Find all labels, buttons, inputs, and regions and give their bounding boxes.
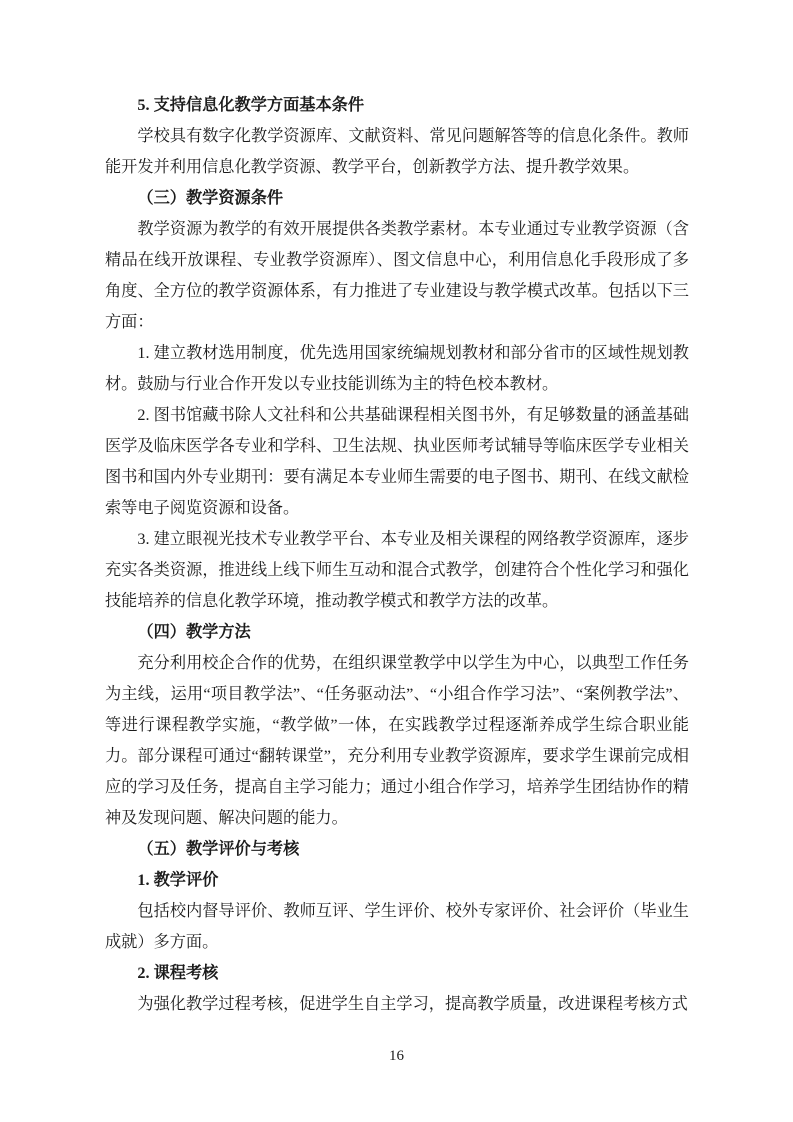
document-page: 5. 支持信息化教学方面基本条件 学校具有数字化教学资源库、文献资料、常见问题解… (0, 0, 793, 1122)
heading-5-info-teaching-conditions: 5. 支持信息化教学方面基本条件 (105, 90, 689, 121)
para-teaching-methods: 充分利用校企合作的优势，在组织课堂教学中以学生为中心，以典型工作任务为主线，运用… (105, 648, 689, 834)
para-teaching-resources-overview: 教学资源为教学的有效开展提供各类教学素材。本专业通过专业教学资源（含精品在线开放… (105, 214, 689, 338)
para-item-1-textbook-selection: 1. 建立教材选用制度，优先选用国家统编规划教材和部分省市的区域性规划教材。鼓励… (105, 338, 689, 400)
para-info-conditions: 学校具有数字化教学资源库、文献资料、常见问题解答等的信息化条件。教师能开发并利用… (105, 121, 689, 183)
para-teaching-evaluation: 包括校内督导评价、教师互评、学生评价、校外专家评价、社会评价（毕业生成就）多方面… (105, 896, 689, 958)
heading-section-5-evaluation-assessment: （五）教学评价与考核 (105, 834, 689, 865)
heading-2-course-assessment: 2. 课程考核 (105, 958, 689, 989)
heading-1-teaching-evaluation: 1. 教学评价 (105, 865, 689, 896)
para-item-2-library-collection: 2. 图书馆藏书除人文社科和公共基础课程相关图书外，有足够数量的涵盖基础医学及临… (105, 400, 689, 524)
para-course-assessment: 为强化教学过程考核，促进学生自主学习，提高教学质量，改进课程考核方式 (105, 989, 689, 1020)
heading-section-4-teaching-methods: （四）教学方法 (105, 617, 689, 648)
para-item-3-online-teaching-platform: 3. 建立眼视光技术专业教学平台、本专业及相关课程的网络教学资源库，逐步充实各类… (105, 524, 689, 617)
heading-section-3-teaching-resources: （三）教学资源条件 (105, 183, 689, 214)
page-number: 16 (0, 1047, 793, 1065)
